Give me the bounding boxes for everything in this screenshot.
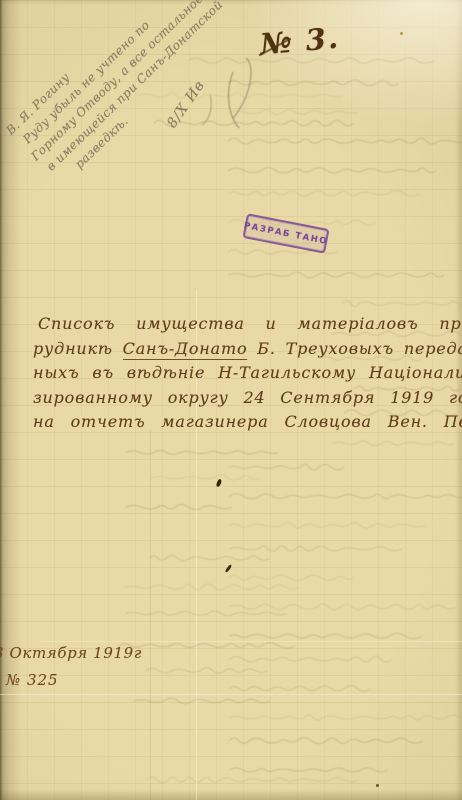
title-line: на отчетъ магазинера Словцова Вен. Петро… [33, 410, 453, 435]
mine-name-underlined: Санъ-Донато [123, 339, 248, 360]
title-line: Списокъ имущества и матеріаловъ при [38, 312, 453, 337]
paper-fleck [400, 32, 403, 35]
title-line: рудникѣ Санъ-Донато Б. Треуховыхъ переда… [33, 337, 453, 362]
document-title-text: Списокъ имущества и матеріаловъ при рудн… [33, 312, 453, 435]
paper-crease [150, 430, 151, 800]
title-line: ныхъ въ вѣдѣніе Н-Тагильскому Націонали- [33, 361, 453, 386]
footer-date: 3 Октября 1919г [0, 644, 142, 662]
ink-speck [376, 784, 379, 787]
paper-crease [0, 694, 462, 695]
page-number: № 3. [259, 21, 342, 62]
footer-number: № 325 [6, 671, 59, 689]
title-line: зированному округу 24 Сентября 1919 года [33, 386, 453, 411]
paper-crease [40, 641, 462, 642]
